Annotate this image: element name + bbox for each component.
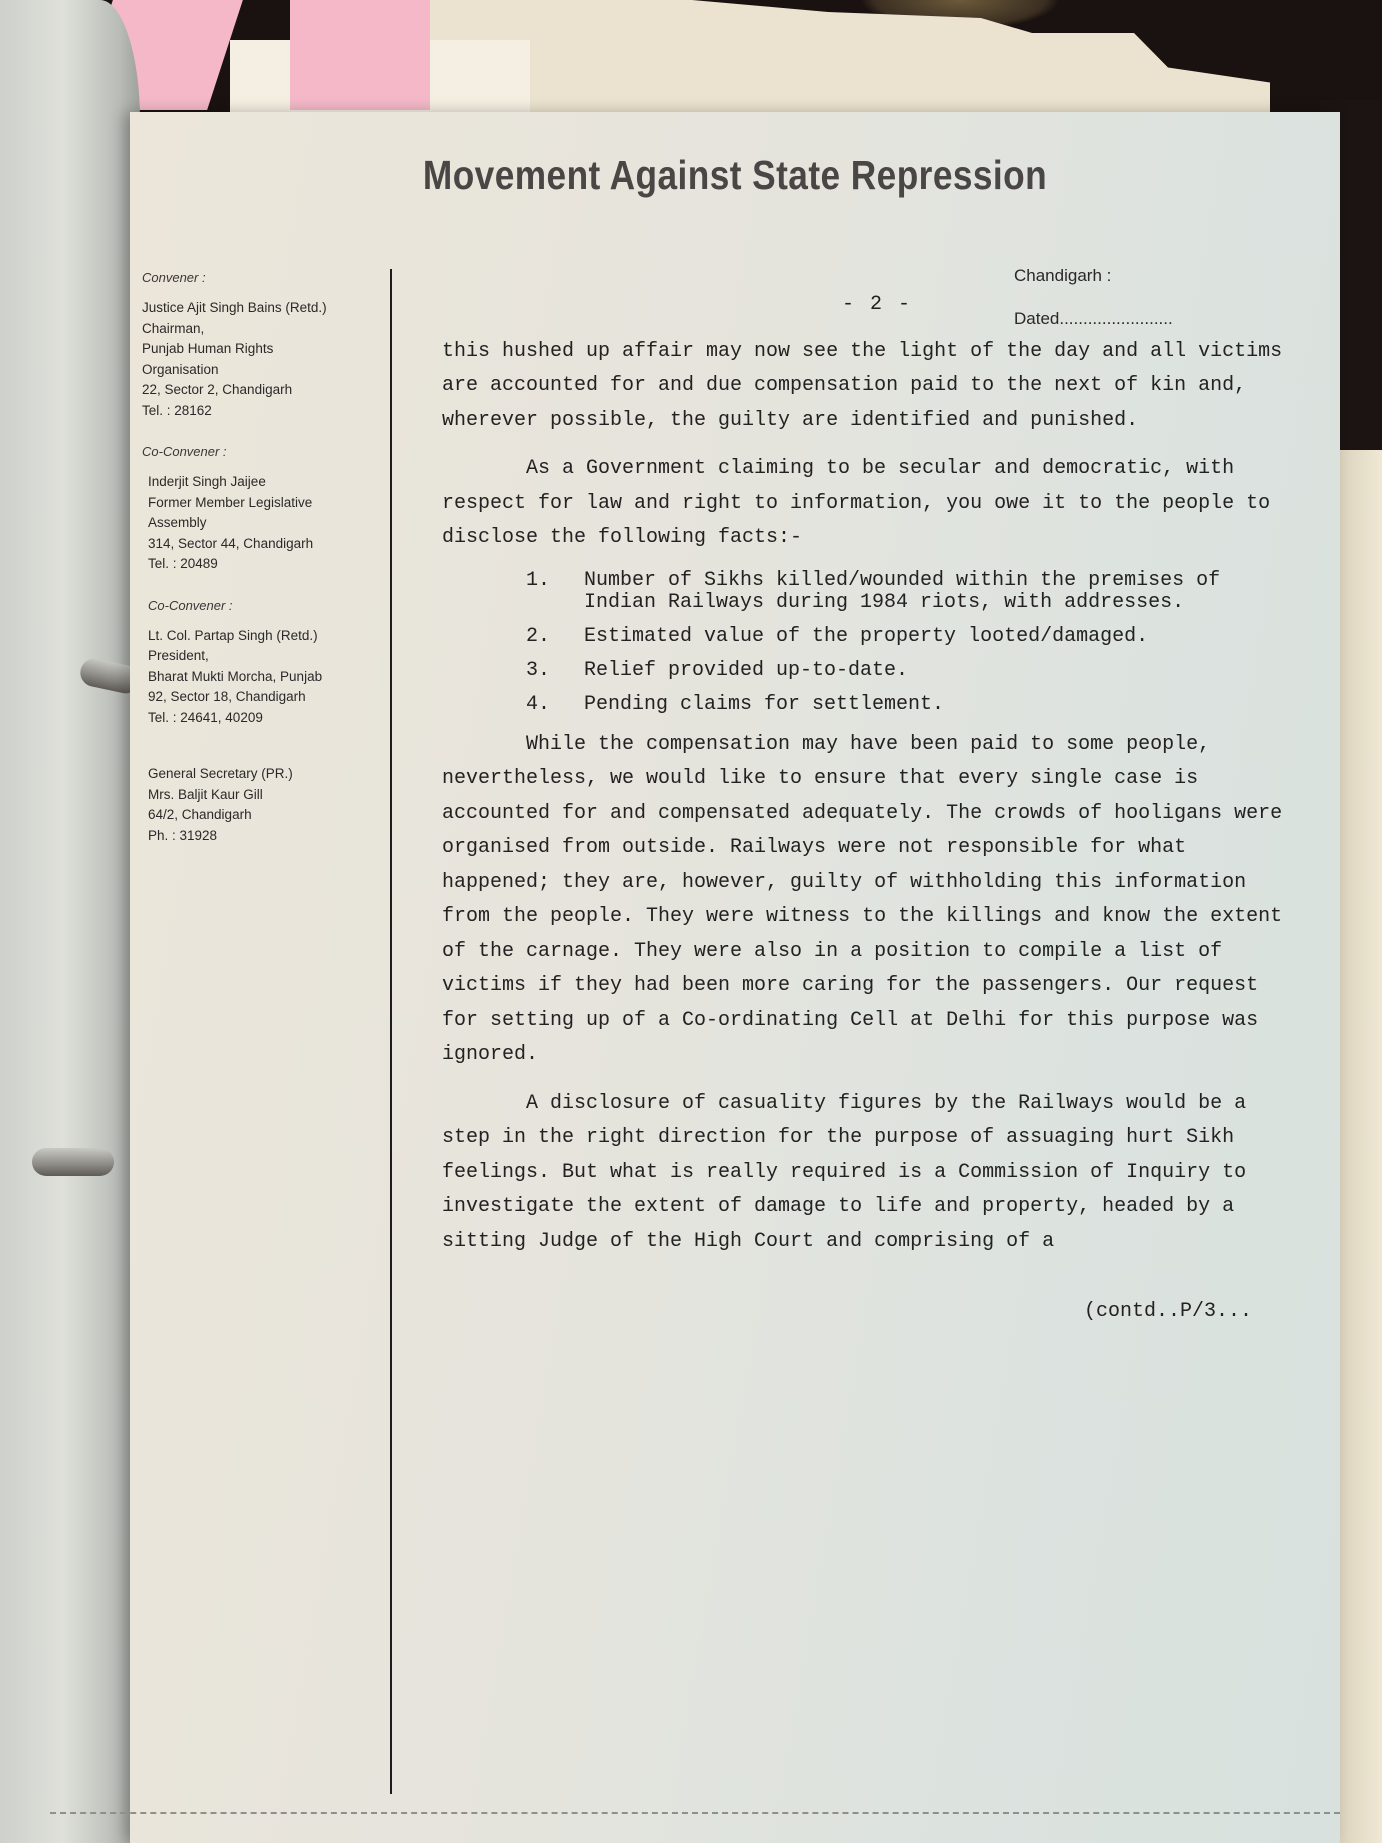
- paragraph-text: As a Government claiming to be secular a…: [442, 452, 1292, 556]
- office-bearers-sidebar: Convener : Justice Ajit Singh Bains (Ret…: [142, 270, 402, 869]
- contact-line: Former Member Legislative: [148, 493, 402, 514]
- contact-line: Tel. : 28162: [142, 401, 402, 422]
- binder-ring: [32, 1148, 114, 1176]
- paragraph: As a Government claiming to be secular a…: [442, 452, 1292, 556]
- paragraph-text: A disclosure of casuality figures by the…: [442, 1087, 1292, 1260]
- letterhead-title: Movement Against State Repression: [215, 152, 1256, 199]
- list-text: Relief provided up-to-date.: [584, 660, 908, 682]
- paragraph-text: While the compensation may have been pai…: [442, 728, 1292, 1073]
- list-number: 3.: [526, 660, 584, 682]
- co-convener-block: Co-Convener : Lt. Col. Partap Singh (Ret…: [142, 598, 402, 729]
- footer-rule: [50, 1812, 1340, 1815]
- paragraph: this hushed up affair may now see the li…: [442, 335, 1292, 439]
- contact-line: Tel. : 20489: [148, 554, 402, 575]
- contact-line: 314, Sector 44, Chandigarh: [148, 534, 402, 555]
- general-secretary-block: General Secretary (PR.) Mrs. Baljit Kaur…: [142, 764, 402, 846]
- list-text: Number of Sikhs killed/wounded within th…: [584, 570, 1292, 614]
- list-item: 2.Estimated value of the property looted…: [526, 626, 1292, 648]
- contact-line: Mrs. Baljit Kaur Gill: [148, 785, 402, 806]
- role-label: Co-Convener :: [148, 598, 402, 613]
- list-text: Estimated value of the property looted/d…: [584, 626, 1148, 648]
- paragraph: While the compensation may have been pai…: [442, 728, 1292, 1073]
- list-item: 1.Number of Sikhs killed/wounded within …: [526, 570, 1292, 614]
- contact-line: Punjab Human Rights: [142, 339, 402, 360]
- contact-line: President,: [148, 646, 402, 667]
- contact-line: Lt. Col. Partap Singh (Retd.): [148, 626, 402, 647]
- letter-page: Movement Against State Repression Chandi…: [130, 112, 1340, 1843]
- list-item: 4.Pending claims for settlement.: [526, 694, 1292, 716]
- contact-line: Ph. : 31928: [148, 826, 402, 847]
- left-binder-page: [0, 0, 140, 1843]
- contact-line: Chairman,: [142, 319, 402, 340]
- role-label: Co-Convener :: [142, 444, 402, 459]
- facts-list: 1.Number of Sikhs killed/wounded within …: [442, 570, 1292, 716]
- contact-line: 92, Sector 18, Chandigarh: [148, 687, 402, 708]
- list-item: 3.Relief provided up-to-date.: [526, 660, 1292, 682]
- contact-line: Inderjit Singh Jaijee: [148, 472, 402, 493]
- co-convener-block: Co-Convener : Inderjit Singh Jaijee Form…: [142, 444, 402, 575]
- contact-line: General Secretary (PR.): [148, 764, 402, 785]
- pink-bookmark-tab: [290, 0, 430, 110]
- role-label: Convener :: [142, 270, 402, 285]
- letter-body: - 2 - this hushed up affair may now see …: [442, 288, 1292, 1330]
- contact-line: Organisation: [142, 360, 402, 381]
- contact-line: 64/2, Chandigarh: [148, 805, 402, 826]
- page-number: - 2 -: [462, 288, 1292, 323]
- contact-line: Justice Ajit Singh Bains (Retd.): [142, 298, 402, 319]
- continued-note: (contd..P/3...: [442, 1295, 1252, 1330]
- column-divider: [390, 269, 392, 1794]
- contact-line: Tel. : 24641, 40209: [148, 708, 402, 729]
- list-number: 2.: [526, 626, 584, 648]
- contact-line: 22, Sector 2, Chandigarh: [142, 380, 402, 401]
- paragraph-text: this hushed up affair may now see the li…: [442, 335, 1292, 439]
- contact-line: Assembly: [148, 513, 402, 534]
- list-text: Pending claims for settlement.: [584, 694, 944, 716]
- list-number: 4.: [526, 694, 584, 716]
- contact-line: Bharat Mukti Morcha, Punjab: [148, 667, 402, 688]
- convener-block: Convener : Justice Ajit Singh Bains (Ret…: [142, 270, 402, 421]
- list-number: 1.: [526, 570, 584, 614]
- paragraph: A disclosure of casuality figures by the…: [442, 1087, 1292, 1260]
